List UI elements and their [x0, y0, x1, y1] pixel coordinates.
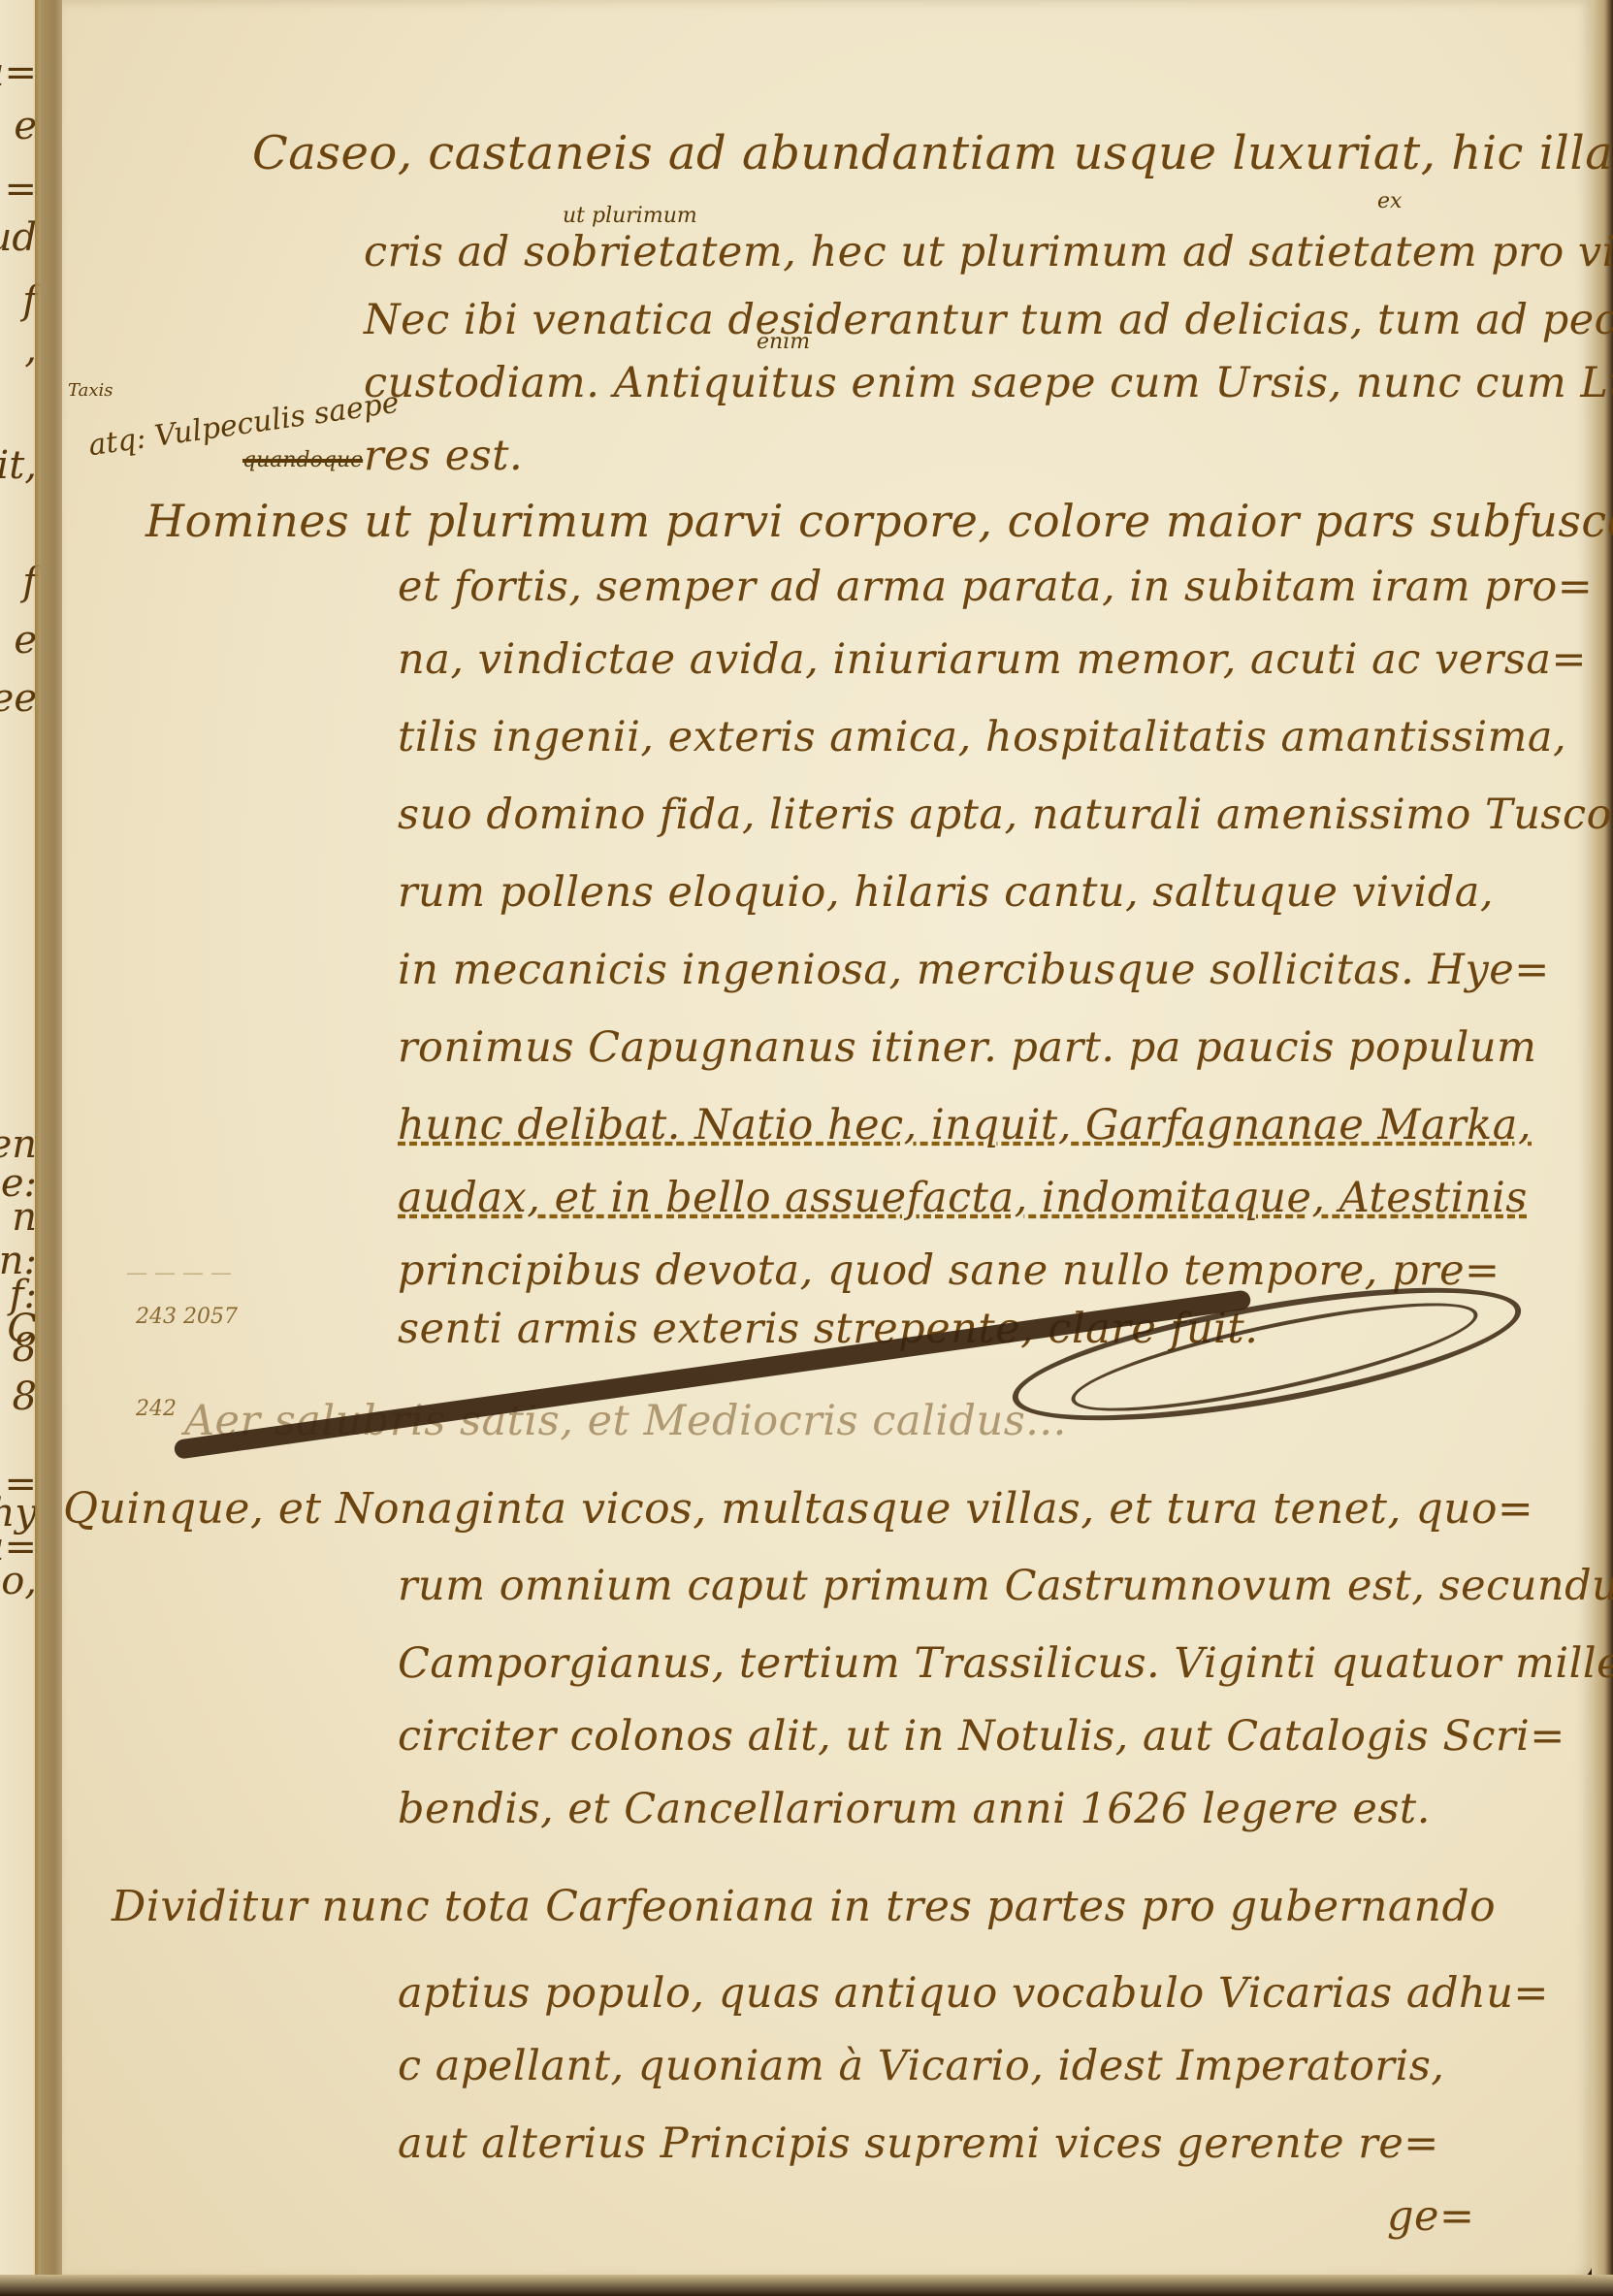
facing-page-text: u= [0, 53, 37, 92]
page-edge [1592, 0, 1613, 2296]
facing-page-text: e [14, 621, 37, 660]
margin-number: 242 [136, 1397, 177, 1421]
text-line: rum omnium caput primum Castrumnovum est… [398, 1562, 1613, 1610]
text-line: aptius populo, quas antiquo vocabulo Vic… [398, 1969, 1549, 2018]
text-line: hunc delibat. Natio hec, inquit, Garfagn… [398, 1101, 1532, 1149]
facing-page-text: 8 [13, 1329, 37, 1368]
facing-page-text: n [12, 1198, 37, 1237]
text-line: res est. [364, 432, 523, 480]
text-line: tilis ingenii, exteris amica, hospitalit… [398, 713, 1566, 761]
text-line: circiter colonos alit, ut in Notulis, au… [398, 1712, 1565, 1761]
bleed-through-text: — — — — [126, 1261, 232, 1285]
struck-margin-note: quandoque [242, 448, 363, 472]
text-line: c apellant, quoniam à Vicario, idest Imp… [398, 2042, 1444, 2090]
page-bottom-edge [0, 2275, 1613, 2296]
text-line: in mecanicis ingeniosa, mercibusque soll… [398, 946, 1550, 994]
text-line: ronimus Capugnanus itiner. part. pa pauc… [398, 1023, 1536, 1072]
text-line: et fortis, semper ad arma parata, in sub… [398, 563, 1593, 611]
text-line: audax, et in bello assuefacta, indomitaq… [398, 1174, 1528, 1222]
facing-page-text: = [4, 170, 37, 209]
interlinear-addition: ut plurimum [563, 204, 697, 228]
text-line: Homines ut plurimum parvi corpore, color… [145, 495, 1613, 547]
facing-page-text: o, [1, 1562, 37, 1601]
text-line: Caseo, castaneis ad abundantiam usque lu… [252, 126, 1613, 180]
text-line: suo domino fida, literis apta, naturali … [398, 791, 1613, 839]
margin-note: Taxis [68, 380, 113, 401]
text-line: Camporgianus, tertium Trassilicus. Vigin… [398, 1639, 1613, 1688]
text-line: Dividitur nunc tota Carfeoniana in tres … [112, 1882, 1496, 1931]
facing-page-text: e [14, 107, 37, 146]
text-line: ge= [1387, 2192, 1475, 2241]
facing-page-text: it, [0, 446, 37, 485]
facing-page-text: ee [0, 679, 37, 718]
text-line: na, vindictae avida, iniuriarum memor, a… [398, 635, 1587, 684]
text-line: Nec ibi venatica desiderantur tum ad del… [364, 296, 1613, 344]
margin-numbers: 243 2057 [136, 1305, 238, 1329]
interlinear-addition: ex [1377, 189, 1402, 213]
facing-page-text: 8 [13, 1377, 37, 1416]
facing-page-text: en [0, 1125, 37, 1164]
text-line: cris ad sobrietatem, hec ut plurimum ad … [364, 228, 1613, 276]
text-line: principibus devota, quod sane nullo temp… [398, 1246, 1500, 1295]
text-line: custodiam. Antiquitus enim saepe cum Urs… [364, 359, 1613, 407]
facing-page-text: ud [0, 218, 37, 257]
text-line: bendis, et Cancellariorum anni 1626 lege… [398, 1785, 1431, 1833]
text-line: Quinque, et Nonaginta vicos, multasque v… [63, 1484, 1533, 1534]
text-line: aut alterius Principis supremi vices ger… [398, 2119, 1439, 2168]
text-line: rum pollens eloquio, hilaris cantu, salt… [398, 868, 1494, 917]
